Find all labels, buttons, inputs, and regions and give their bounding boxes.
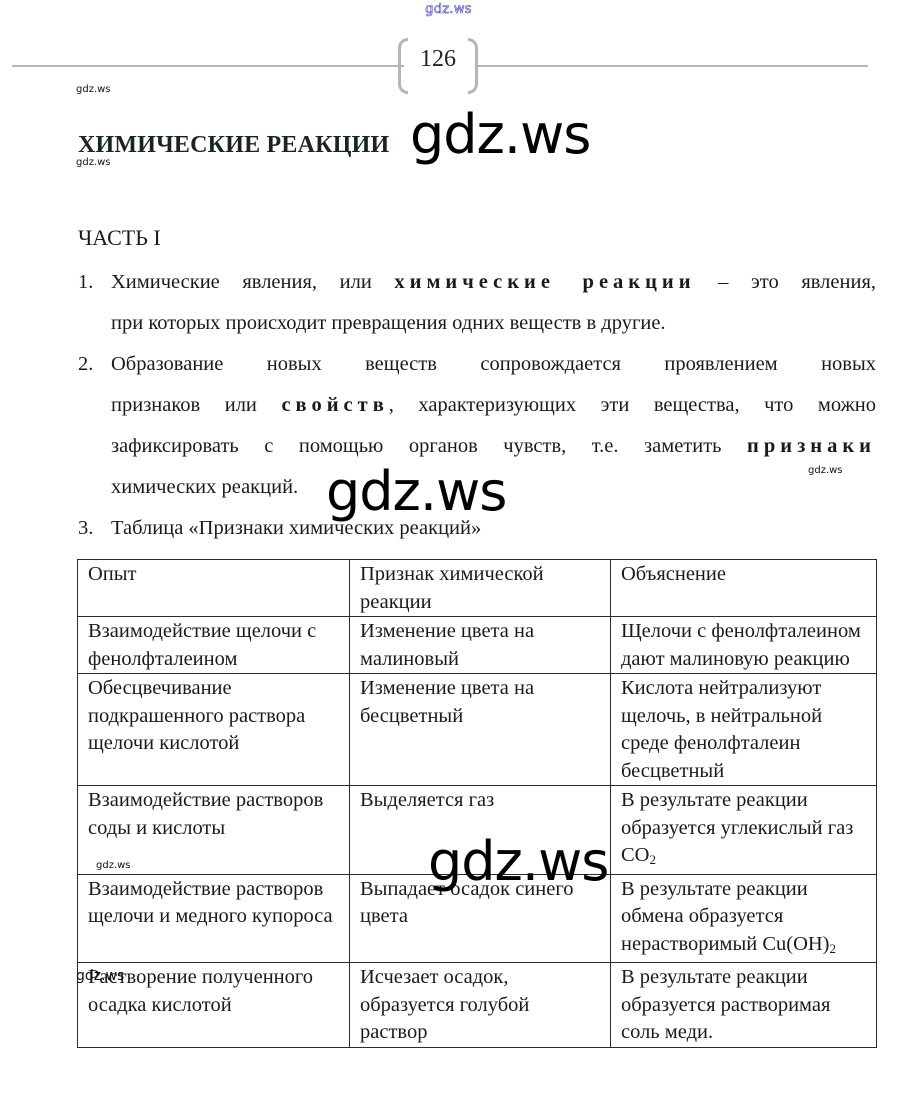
table-row: Обесцвечивание подкрашенного раствора ще… bbox=[78, 674, 877, 786]
item-number: 1. bbox=[78, 262, 93, 303]
table-row: Растворение полученного осадка кислотой … bbox=[78, 963, 877, 1048]
watermark-top: gdz.ws bbox=[0, 2, 897, 17]
item-number: 3. bbox=[78, 508, 93, 549]
item-line: признаков или свойств, характеризующих э… bbox=[111, 385, 876, 426]
emphasized-term: свойств bbox=[281, 394, 388, 416]
table-header-cell: Признак химической реакции bbox=[350, 560, 611, 617]
text-span: зафиксировать с помощью органов чувств, … bbox=[111, 435, 722, 457]
table-row: Взаимодействие щелочи с фенолфталеином И… bbox=[78, 617, 877, 674]
page-number: 126 bbox=[398, 46, 478, 73]
item-line: Образование новых веществ сопровождается… bbox=[111, 344, 876, 385]
table-cell-sign: Изменение цвета на бесцветный bbox=[350, 674, 611, 786]
reaction-signs-table: Опыт Признак химической реакции Объяснен… bbox=[77, 559, 877, 1048]
table-cell-explanation: В результате реакции обмена образуется н… bbox=[611, 874, 877, 963]
text-span: признаков или bbox=[111, 394, 257, 416]
table-header-cell: Объяснение bbox=[611, 560, 877, 617]
table-cell-explanation: В результате реакции образуется углекисл… bbox=[611, 786, 877, 875]
watermark-big: gdz.ws bbox=[428, 835, 608, 889]
table-cell-sign: Изменение цвета на малиновый bbox=[350, 617, 611, 674]
table-cell-explanation: В результате реакции образуется раствори… bbox=[611, 963, 877, 1048]
header-rule-left bbox=[12, 65, 404, 67]
item-line: при которых происходит превращения одних… bbox=[111, 303, 876, 344]
item-number: 2. bbox=[78, 344, 93, 385]
watermark-small: gdz.ws bbox=[808, 465, 843, 476]
watermark-small: gdz.ws bbox=[76, 157, 111, 168]
text-span: В результате реакции обмена образуется н… bbox=[621, 878, 830, 955]
item-line: Таблица «Признаки химических реакций» bbox=[111, 508, 876, 549]
text-span: Химические явления, или bbox=[111, 271, 372, 293]
table-header-row: Опыт Признак химической реакции Объяснен… bbox=[78, 560, 877, 617]
page-title: ХИМИЧЕСКИЕ РЕАКЦИИ bbox=[78, 132, 389, 159]
emphasized-term: признаки bbox=[747, 435, 876, 457]
list-item-1: 1. Химические явления, или химические ре… bbox=[78, 262, 876, 344]
text-span: , характеризующих эти вещества, что можн… bbox=[389, 394, 876, 416]
table-cell-sign: Исчезает осадок, образуется голубой раст… bbox=[350, 963, 611, 1048]
table-cell-experiment: Обесцвечивание подкрашенного раствора ще… bbox=[78, 674, 350, 786]
table-cell-experiment: Взаимодействие щелочи с фенолфталеином bbox=[78, 617, 350, 674]
table-cell-explanation: Кислота нейтрализуют щелочь, в нейтральн… bbox=[611, 674, 877, 786]
watermark-small: gdz.ws bbox=[76, 84, 111, 95]
table-header-cell: Опыт bbox=[78, 560, 350, 617]
table-cell-experiment: Взаимодействие растворов щелочи и медног… bbox=[78, 874, 350, 963]
watermark-small: gdz.ws bbox=[96, 860, 131, 871]
page-number-box: 126 bbox=[398, 38, 478, 94]
text-span: – это явления, bbox=[718, 271, 876, 293]
emphasized-term: химические реакции bbox=[394, 271, 695, 293]
table-cell-explanation: Щелочи с фенолфталеином дают малиновую р… bbox=[611, 617, 877, 674]
watermark-big: gdz.ws bbox=[410, 108, 590, 162]
item-line: Химические явления, или химические реакц… bbox=[111, 262, 876, 303]
part-heading: ЧАСТЬ I bbox=[78, 225, 161, 251]
subscript: 2 bbox=[830, 941, 837, 956]
list-item-3: 3. Таблица «Признаки химических реакций» bbox=[78, 508, 876, 549]
header-rule-right bbox=[478, 65, 868, 67]
subscript: 2 bbox=[649, 852, 656, 867]
watermark-small: gdz.ws bbox=[76, 968, 124, 984]
